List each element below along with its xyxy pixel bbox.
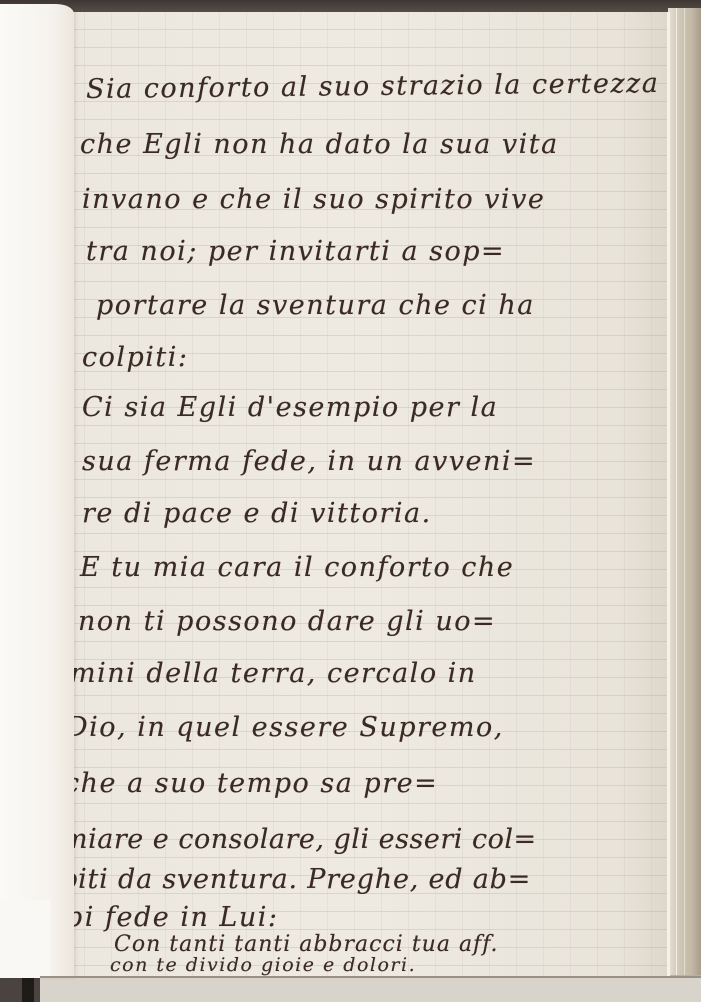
text-line: mini della terra, cercalo in bbox=[70, 658, 477, 689]
text-line: sua ferma fede, in un avveni= bbox=[82, 446, 536, 477]
text-line: re di pace e di vittoria. bbox=[82, 498, 432, 529]
left-folded-page bbox=[0, 4, 74, 978]
page-edge-line bbox=[684, 8, 685, 1002]
text-line: con te divido gioie e dolori. bbox=[110, 954, 416, 976]
photo-stage: Sia conforto al suo strazio la certezza … bbox=[0, 0, 701, 1002]
sheet-bottom-edge bbox=[40, 976, 701, 978]
text-line: Dio, in quel essere Supremo, bbox=[66, 712, 504, 743]
text-line: E tu mia cara il conforto che bbox=[80, 552, 514, 583]
text-line: Ci sia Egli d'esempio per la bbox=[82, 392, 498, 423]
text-line: miare e consolare, gli esseri col= bbox=[62, 824, 537, 855]
text-line: che a suo tempo sa pre= bbox=[64, 768, 438, 799]
page-edge-line bbox=[676, 8, 677, 1002]
underlying-page bbox=[40, 975, 701, 1002]
text-line: Sia conforto al suo strazio la certezza bbox=[86, 68, 660, 105]
text-line: che Egli non ha dato la sua vita bbox=[80, 129, 559, 160]
handwritten-text: Sia conforto al suo strazio la certezza … bbox=[58, 12, 670, 976]
text-line: bi fede in Lui: bbox=[66, 902, 278, 933]
text-line: colpiti: bbox=[82, 342, 189, 373]
left-page-corner bbox=[0, 900, 50, 978]
text-line: invano e che il suo spirito vive bbox=[82, 184, 545, 215]
binder-edge bbox=[22, 978, 34, 1002]
text-line: piti da sventura. Preghe, ed ab= bbox=[60, 864, 531, 895]
text-line: tra noi; per invitarti a sop= bbox=[86, 236, 505, 267]
text-line: non ti possono dare gli uo= bbox=[78, 606, 496, 637]
text-line: portare la sventura che ci ha bbox=[96, 290, 535, 321]
letter-sheet: Sia conforto al suo strazio la certezza … bbox=[58, 12, 670, 976]
